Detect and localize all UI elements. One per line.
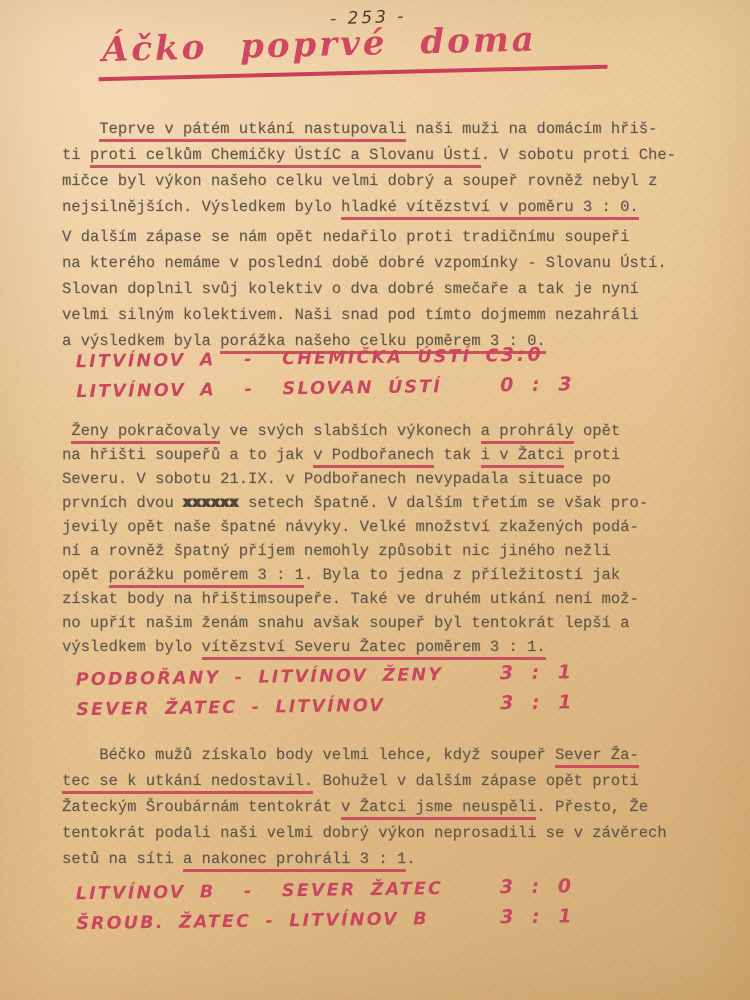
typewritten-line: Béčko mužů získalo body velmi lehce, kdy… xyxy=(62,742,667,768)
red-underlined-text: a prohrály xyxy=(481,422,574,444)
typewritten-line: získat body na hřištimsoupeře. Také ve d… xyxy=(62,587,648,611)
red-underlined-text: porážku poměrem 3 : 1 xyxy=(109,566,304,588)
typewritten-line: ti proti celkům Chemičky ÚstíC a Slovanu… xyxy=(62,142,676,168)
typewritten-line: jevily opět naše špatné návyky. Velké mn… xyxy=(62,515,648,539)
typewritten-line: mičce byl výkon našeho celku velmi dobrý… xyxy=(62,168,676,194)
typewritten-line: Žateckým Šroubárnám tentokrát v Žatci js… xyxy=(62,794,667,820)
red-underlined-text: hladké vítězství v poměru 3 : 0. xyxy=(341,198,639,220)
typewritten-line: opět porážku poměrem 3 : 1. Byla to jedn… xyxy=(62,563,648,587)
results-block-women: PODBOŘANY - LITVÍNOV ŽENY3 : 1SEVER ŽATE… xyxy=(76,656,677,724)
result-match-teams: SEVER ŽATEC - LITVÍNOV xyxy=(76,689,500,725)
typewritten-line: výsledkem bylo vítězství Severu Žatec po… xyxy=(62,635,648,659)
typewritten-line: no upřít našim ženám snahu avšak soupeř … xyxy=(62,611,648,635)
red-underlined-text: v Podbořanech xyxy=(313,446,434,468)
typewritten-line: prvních dvou xxxxxx setech špatně. V dal… xyxy=(62,491,648,515)
paragraph-slovan-match: V dalším zápase se nám opět nedařilo pro… xyxy=(62,224,667,354)
result-score: 3 : 0 xyxy=(500,871,575,902)
paragraph-men-a-team: Teprve v pátém utkání nastupovali naši m… xyxy=(62,116,676,220)
page-title: Áčko poprvé doma xyxy=(97,18,607,81)
result-score: 3:0 xyxy=(501,340,544,371)
result-score: 0 : 3 xyxy=(500,369,575,400)
result-score: 3 : 1 xyxy=(500,687,575,718)
scanned-document-page: - 253 - Áčko poprvé doma Teprve v pátém … xyxy=(0,0,750,1000)
red-underlined-text: i v Žatci xyxy=(481,446,565,468)
typewritten-line: setů na síti a nakonec prohráli 3 : 1. xyxy=(62,846,667,872)
red-underlined-text: v Žatci jsme neuspěli xyxy=(341,798,536,820)
typewritten-line: velmi silným kolektivem. Naši snad pod t… xyxy=(62,302,667,328)
result-score: 3 : 1 xyxy=(500,657,575,688)
red-underlined-text: vítězství Severu Žatec poměrem 3 : 1. xyxy=(202,638,546,660)
typewritten-line: Teprve v pátém utkání nastupovali naši m… xyxy=(62,116,676,142)
typewritten-line: na kterého nemáme v poslední době dobré … xyxy=(62,250,667,276)
paragraph-women: Ženy pokračovaly ve svých slabších výkon… xyxy=(62,419,648,659)
typewritten-line: tec se k utkání nedostavil. Bohužel v da… xyxy=(62,768,667,794)
result-score: 3 : 1 xyxy=(500,901,575,932)
red-underlined-text: Ženy pokračovaly xyxy=(71,422,220,444)
result-match-teams: LITVÍNOV A - SLOVAN ÚSTÍ xyxy=(76,371,500,407)
red-underlined-text: Teprve v pátém utkání nastupovali xyxy=(99,120,406,142)
typewritten-line: Ženy pokračovaly ve svých slabších výkon… xyxy=(62,419,648,443)
red-underlined-text: Sever Ža- xyxy=(555,746,639,768)
paragraph-men-b-team: Béčko mužů získalo body velmi lehce, kdy… xyxy=(62,742,667,872)
results-block-men-a: LITVÍNOV A - CHEMIČKA ÚSTÍ C3:0LITVÍNOV … xyxy=(76,338,677,406)
crossed-out-text: xxxxxx xyxy=(183,494,239,512)
results-block-men-b: LITVÍNOV B - SEVER ŽATEC3 : 0ŠROUB. ŽATE… xyxy=(76,870,677,938)
typewritten-line: nejsilnějších. Výsledkem bylo hladké vít… xyxy=(62,194,676,220)
typewritten-line: tentokrát podali naši velmi dobrý výkon … xyxy=(62,820,667,846)
result-match-teams: ŠROUB. ŽATEC - LITVÍNOV B xyxy=(76,903,500,939)
typewritten-line: ní a rovněž špatný příjem nemohly způsob… xyxy=(62,539,648,563)
typewritten-line: Severu. V sobotu 21.IX. v Podbořanech ne… xyxy=(62,467,648,491)
red-underlined-text: tec se k utkání nedostavil. xyxy=(62,772,313,794)
red-underlined-text: proti celkům Chemičky ÚstíC a Slovanu Ús… xyxy=(90,146,481,168)
red-underlined-text: a nakonec prohráli 3 : 1 xyxy=(183,850,406,872)
typewritten-line: Slovan doplnil svůj kolektiv o dva dobré… xyxy=(62,276,667,302)
typewritten-line: V dalším zápase se nám opět nedařilo pro… xyxy=(62,224,667,250)
typewritten-line: na hřišti soupeřů a to jak v Podbořanech… xyxy=(62,443,648,467)
